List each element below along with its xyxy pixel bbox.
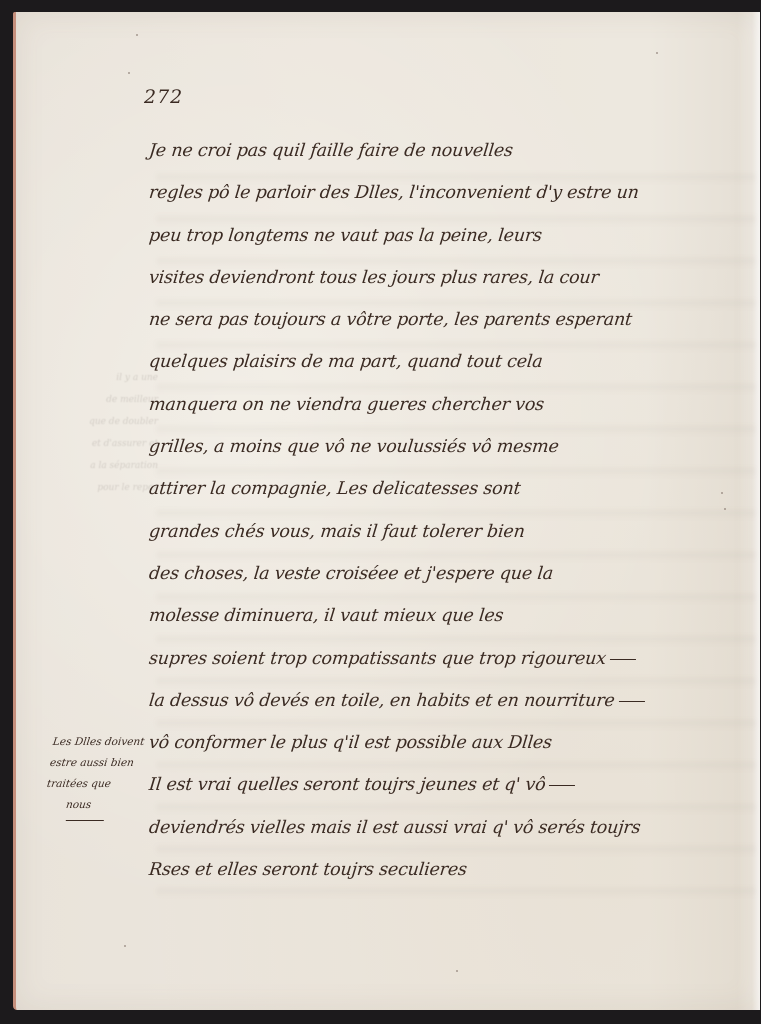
text-line: la dessus vô devés en toile, en habits e… — [147, 680, 761, 722]
margin-note-line: Les Dlles doivent — [51, 732, 169, 753]
text-line: molesse diminuera, il vaut mieux que les — [147, 595, 761, 637]
bleed-line: il y a une — [48, 367, 158, 389]
margin-note-underline — [66, 820, 104, 821]
text-line: ne sera pas toujours a vôtre porte, les … — [147, 299, 761, 341]
text-line: grilles, a moins que vô ne voulussiés vô… — [147, 426, 761, 468]
paper-speck — [721, 492, 723, 494]
text-line: peu trop longtems ne vaut pas la peine, … — [147, 215, 761, 257]
text-line: visites deviendront tous les jours plus … — [147, 257, 761, 299]
page-number: 272 — [144, 86, 183, 108]
paper-speck — [456, 970, 458, 972]
text-line: grandes chés vous, mais il faut tolerer … — [147, 511, 761, 553]
paper-speck — [656, 52, 658, 54]
text-line: manquera on ne viendra gueres chercher v… — [147, 384, 761, 426]
manuscript-page: il y a une de meilleur que de doubler et… — [13, 12, 760, 1010]
text-line: regles pô le parloir des Dlles, l'inconv… — [147, 172, 761, 214]
bleed-line: pour le repos — [48, 477, 158, 499]
manuscript-body: Je ne croi pas quil faille faire de nouv… — [149, 130, 759, 891]
text-line: supres soient trop compatissants que tro… — [147, 638, 761, 680]
bleed-line: que de doubler — [48, 411, 158, 433]
paper-speck — [136, 34, 138, 36]
paper-speck — [124, 945, 126, 947]
text-line: quelques plaisirs de ma part, quand tout… — [147, 341, 761, 383]
margin-note-line: traitées que — [45, 774, 163, 795]
bleed-line: a la séparation — [48, 455, 158, 477]
margin-note-line: estre aussi bien — [48, 753, 166, 774]
text-line: attirer la compagnie, Les delicatesses s… — [147, 468, 761, 510]
text-line: des choses, la veste croiséee et j'esper… — [147, 553, 761, 595]
bleed-line: de meilleur — [48, 389, 158, 411]
text-line: Rses et elles seront toujrs seculieres — [147, 849, 761, 891]
text-line: deviendrés vielles mais il est aussi vra… — [147, 807, 761, 849]
bleed-through-text: il y a une de meilleur que de doubler et… — [48, 367, 158, 499]
bleed-line: et d'assurer et — [48, 433, 158, 455]
text-line: Je ne croi pas quil faille faire de nouv… — [147, 130, 761, 172]
text-line: Il est vrai quelles seront toujrs jeunes… — [147, 764, 761, 806]
margin-note: Les Dlles doivent estre aussi bien trait… — [42, 732, 170, 821]
text-line: vô conformer le plus q'il est possible a… — [147, 722, 761, 764]
paper-speck — [128, 72, 130, 74]
margin-note-line: nous — [42, 795, 160, 816]
scan-frame: il y a une de meilleur que de doubler et… — [0, 0, 761, 1024]
paper-speck — [724, 508, 726, 510]
